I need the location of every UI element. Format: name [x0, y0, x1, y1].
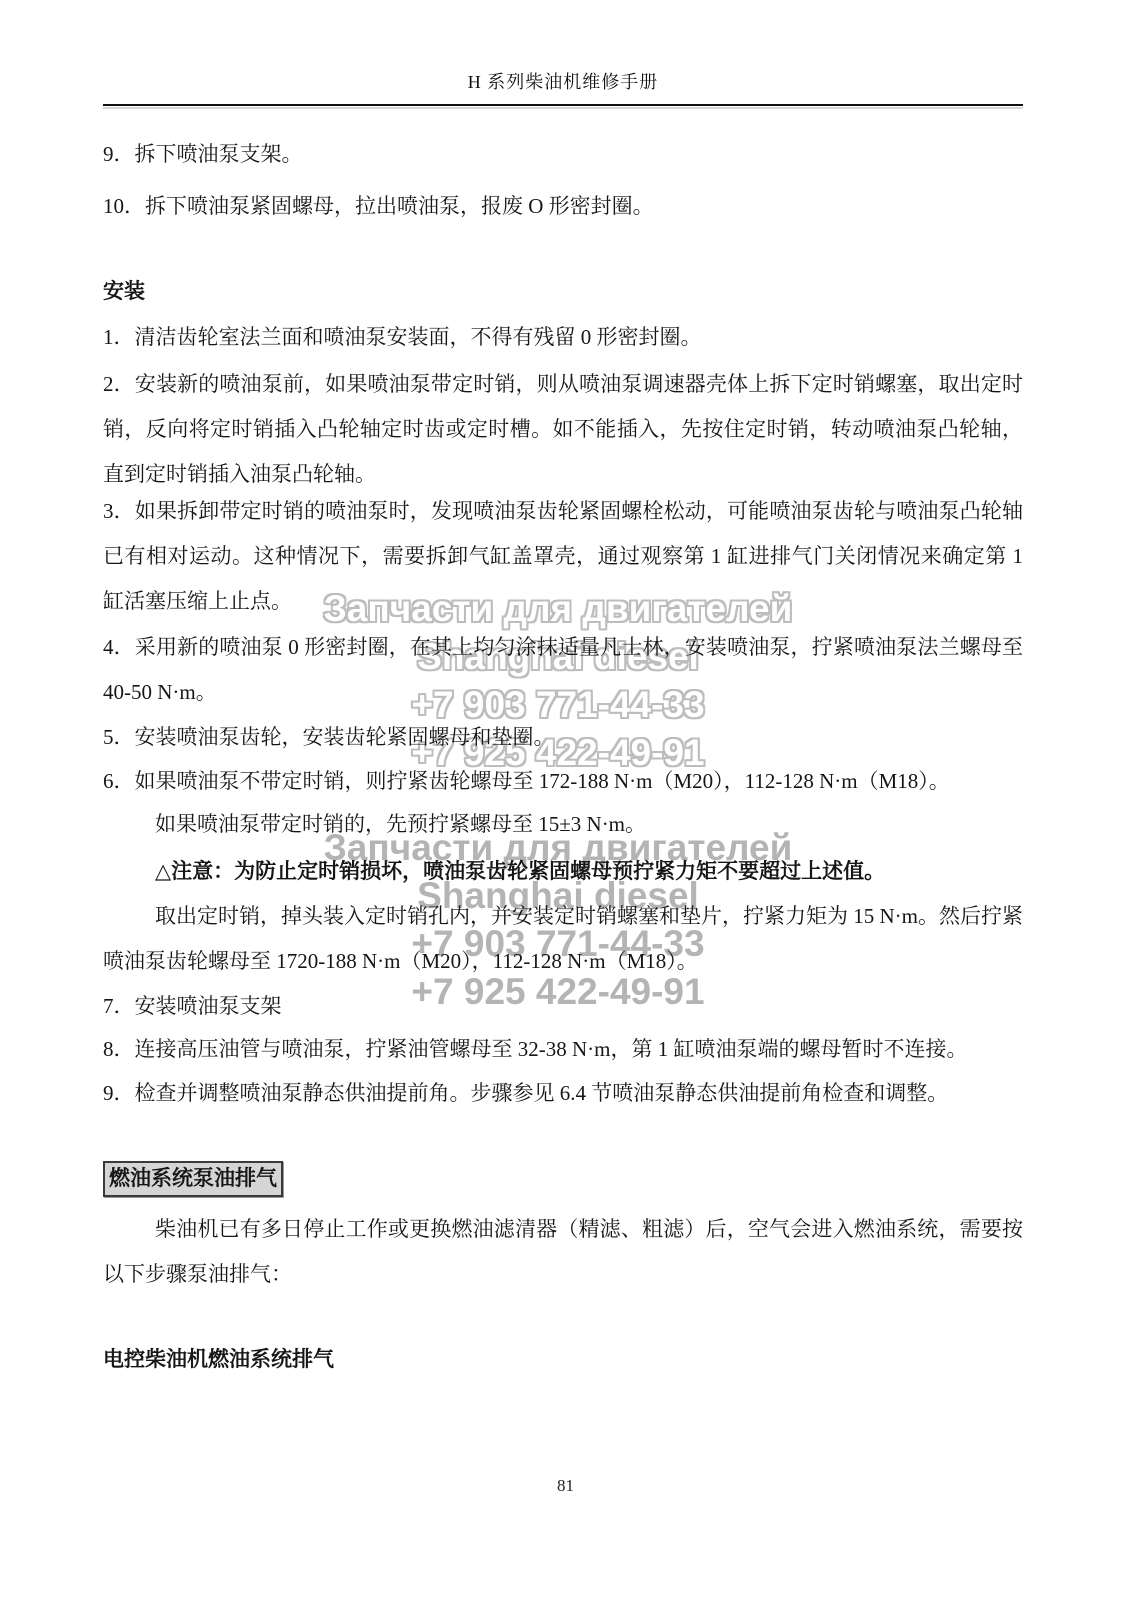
page-header: H 系列柴油机维修手册: [103, 0, 1023, 106]
header-rule: [103, 104, 1023, 106]
install-step-7: 7．安装喷油泵支架: [103, 984, 1023, 1029]
install-step-4: 4．采用新的喷油泵 0 形密封圈，在其上均匀涂抹适量凡士林，安装喷油泵，拧紧喷油…: [103, 625, 1023, 715]
install-step-1: 1．清洁齿轮室法兰面和喷油泵安装面，不得有残留 0 形密封圈。: [103, 315, 1023, 360]
installation-heading: 安装: [103, 269, 1023, 314]
fuel-system-bleed-heading: 燃油系统泵油排气: [103, 1161, 283, 1197]
page-footer: 81: [0, 1476, 1131, 1496]
header-title: H 系列柴油机维修手册: [103, 68, 1023, 94]
page-number: 81: [557, 1476, 574, 1495]
install-step-2: 2．安装新的喷油泵前，如果喷油泵带定时销，则从喷油泵调速器壳体上拆下定时销螺塞，…: [103, 362, 1023, 497]
pretighten-note-line: 如果喷油泵带定时销的，先预拧紧螺母至 15±3 N·m。: [103, 802, 1023, 847]
timing-pin-paragraph: 取出定时销，掉头装入定时销孔内，并安装定时销螺塞和垫片，拧紧力矩为 15 N·m…: [103, 894, 1023, 984]
install-step-6: 6．如果喷油泵不带定时销，则拧紧齿轮螺母至 172-188 N·m（M20），1…: [103, 759, 1023, 804]
install-step-9: 9．检查并调整喷油泵静态供油提前角。步骤参见 6.4 节喷油泵静态供油提前角检查…: [103, 1071, 1023, 1116]
install-step-8: 8．连接高压油管与喷油泵，拧紧油管螺母至 32-38 N·m，第 1 缸喷油泵端…: [103, 1027, 1023, 1072]
fuel-bleed-intro-paragraph: 柴油机已有多日停止工作或更换燃油滤清器（精滤、粗滤）后，空气会进入燃油系统，需要…: [103, 1207, 1023, 1297]
step-10-remove-pump: 10．拆下喷油泵紧固螺母，拉出喷油泵，报废 O 形密封圈。: [103, 184, 1023, 229]
manual-page: Запчасти для двигателей Shanghai diesel …: [0, 0, 1131, 1600]
install-step-3: 3．如果拆卸带定时销的喷油泵时，发现喷油泵齿轮紧固螺栓松动，可能喷油泵齿轮与喷油…: [103, 489, 1023, 624]
install-step-5: 5．安装喷油泵齿轮，安装齿轮紧固螺母和垫圈。: [103, 715, 1023, 760]
caution-note: △注意：为防止定时销损坏，喷油泵齿轮紧固螺母预拧紧力矩不要超过上述值。: [103, 849, 1023, 894]
ecu-diesel-bleed-heading: 电控柴油机燃油系统排气: [103, 1337, 1023, 1382]
step-9-remove-bracket: 9．拆下喷油泵支架。: [103, 132, 1023, 177]
